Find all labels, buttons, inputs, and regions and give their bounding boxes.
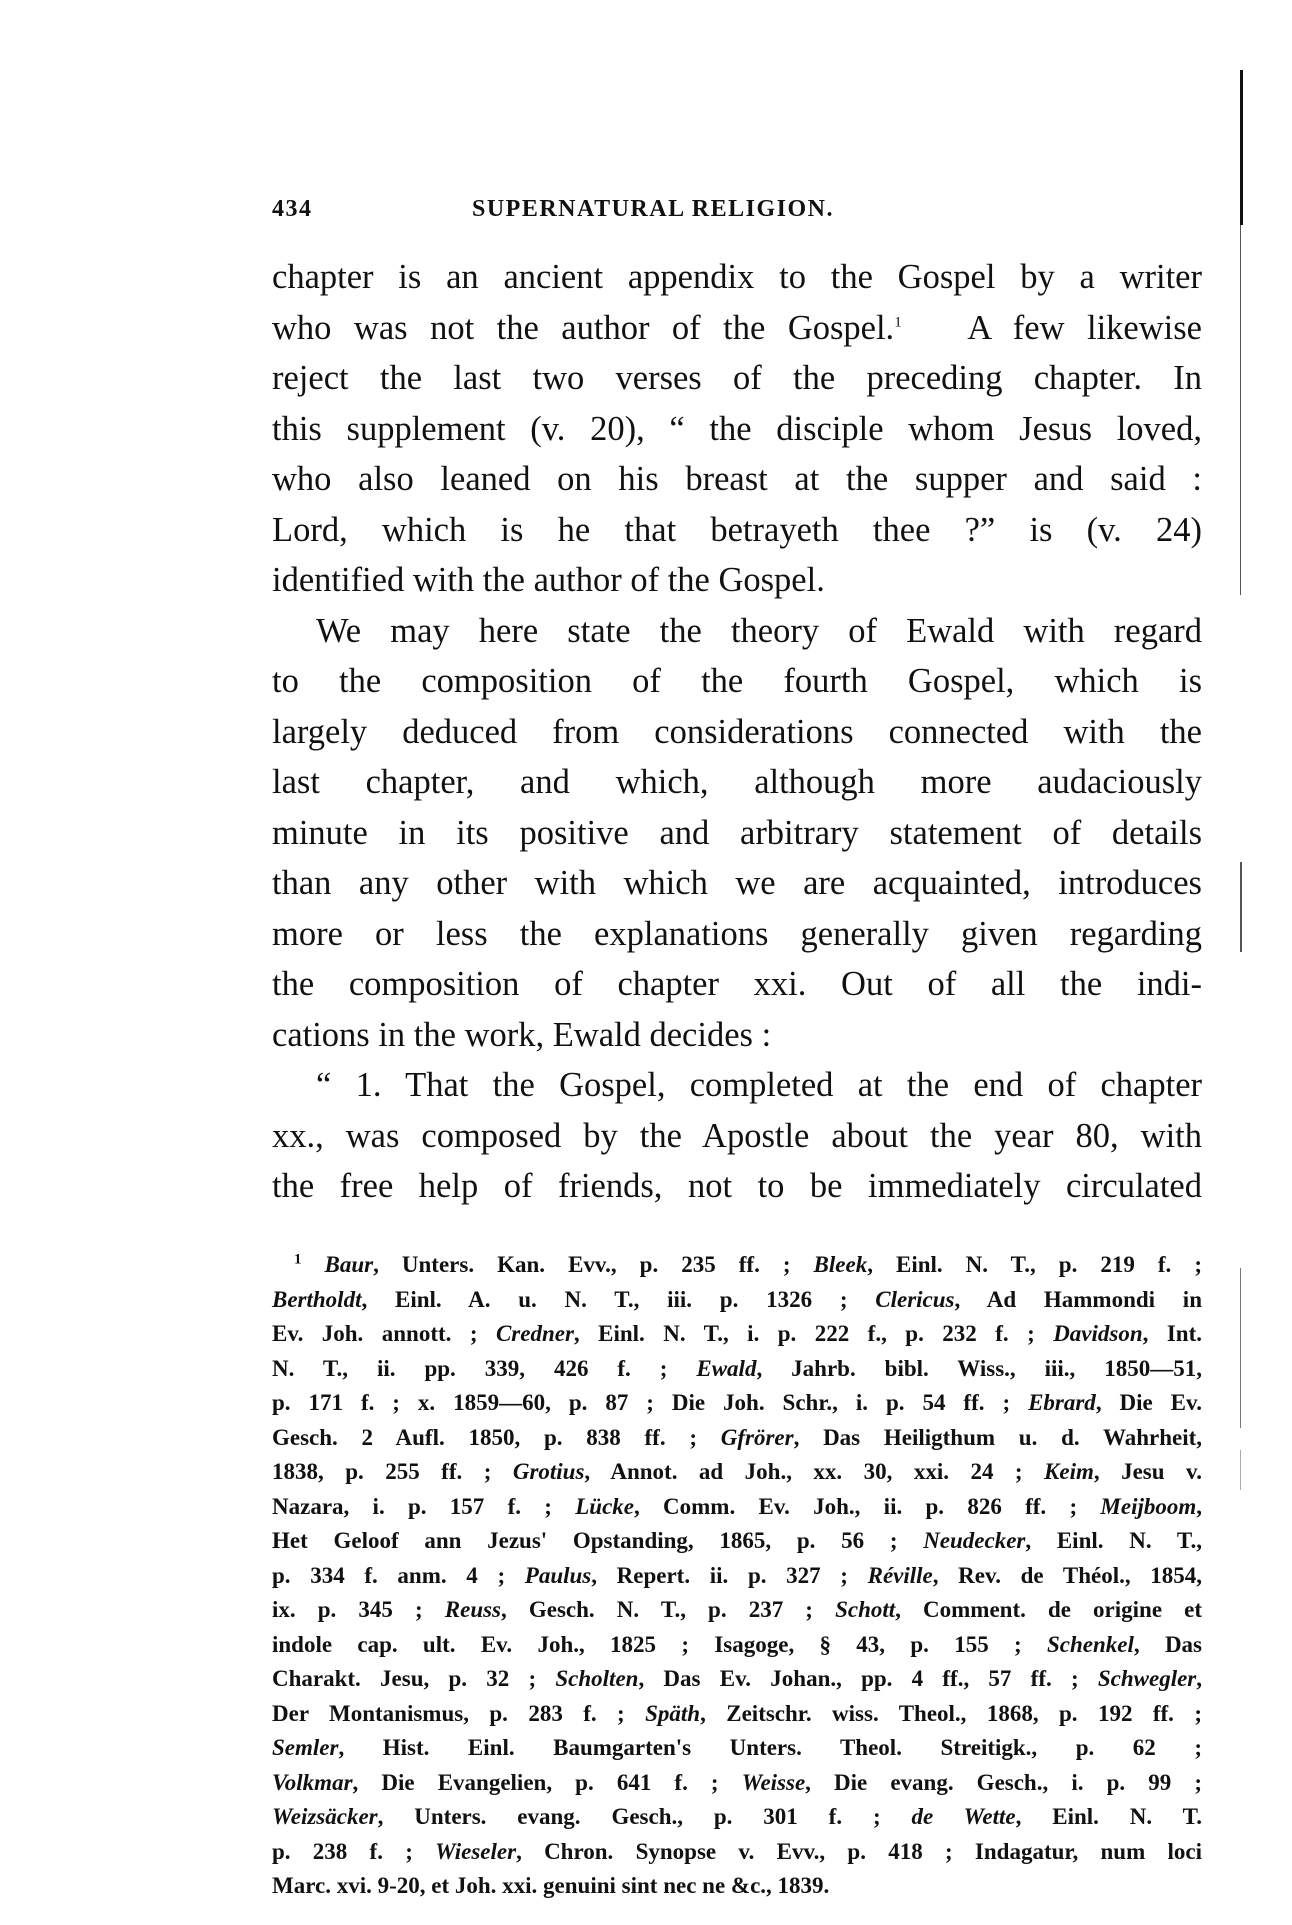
footnote-line: Bertholdt, Einl. A. u. N. T., iii. p. 13… [272,1283,1202,1318]
text-line: xx., was composed by the Apostle about t… [272,1111,1202,1162]
footnote-line: Gesch. 2 Aufl. 1850, p. 838 ff. ; Gfröre… [272,1421,1202,1456]
citation-text: , Die Ev. [1096,1390,1202,1415]
cited-author: Clericus [875,1287,954,1312]
cited-author: Wieseler [435,1839,516,1864]
cited-author: Bertholdt [272,1287,361,1312]
text-line: more or less the explanations generally … [272,909,1202,960]
citation-text: Der Montanismus, p. 283 f. ; [272,1701,645,1726]
citation-text: , Jahrb. bibl. Wiss., iii., 1850—51, [756,1356,1202,1381]
cited-author: Scholten [555,1666,638,1691]
footnote-line: 1838, p. 255 ff. ; Grotius, Annot. ad Jo… [272,1455,1202,1490]
footnote-line: Het Geloof ann Jezus' Opstanding, 1865, … [272,1524,1202,1559]
cited-author: Neudecker [923,1528,1025,1553]
footnote-line: Ev. Joh. annott. ; Credner, Einl. N. T.,… [272,1317,1202,1352]
citation-text: , Comm. Ev. Joh., ii. p. 826 ff. ; [634,1494,1100,1519]
citation-text: , Die Evangelien, p. 641 f. ; [353,1770,742,1795]
footnote-line: ix. p. 345 ; Reuss, Gesch. N. T., p. 237… [272,1593,1202,1628]
text-line: this supplement (v. 20), “ the disciple … [272,404,1202,455]
citation-text: , Das Heiligthum u. d. Wahrheit, [794,1425,1202,1450]
citation-text: Marc. xvi. 9-20, et Joh. xxi. genuini si… [272,1873,829,1898]
cited-author: Schenkel [1047,1632,1134,1657]
footnote-line: indole cap. ult. Ev. Joh., 1825 ; Isagog… [272,1628,1202,1663]
citation-text: 1838, p. 255 ff. ; [272,1459,513,1484]
cited-author: Gfrörer [721,1425,794,1450]
cited-author: Weizsäcker [272,1804,378,1829]
cited-author: Semler [272,1735,338,1760]
text-fragment: who was not the author of the Gospel. [272,309,894,347]
citation-text: , Repert. ii. p. 327 ; [591,1563,867,1588]
text-line: minute in its positive and arbitrary sta… [272,808,1202,859]
citation-text: , [1196,1494,1202,1519]
citation-text: p. 171 f. ; x. 1859—60, p. 87 ; Die Joh.… [272,1390,1028,1415]
scan-edge-line [1240,70,1243,225]
citation-text: , Das Ev. Johan., pp. 4 ff., 57 ff. ; [638,1666,1097,1691]
text-fragment: A few likewise [967,309,1202,347]
citation-text: , Rev. de Théol., 1854, [933,1563,1202,1588]
footnote-line: Volkmar, Die Evangelien, p. 641 f. ; Wei… [272,1766,1202,1801]
cited-author: de Wette [912,1804,1016,1829]
cited-author: Lücke [575,1494,634,1519]
scan-edge-line [1240,1268,1241,1428]
citation-text: , Comment. de origine et [895,1597,1202,1622]
citation-text: N. T., ii. pp. 339, 426 f. ; [272,1356,696,1381]
cited-author: Schwegler [1098,1666,1196,1691]
text-line: Lord, which is he that betrayeth thee ?”… [272,505,1202,556]
footnote-line: p. 171 f. ; x. 1859—60, p. 87 ; Die Joh.… [272,1386,1202,1421]
text-line: largely deduced from considerations conn… [272,707,1202,758]
citation-text: , Zeitschr. wiss. Theol., 1868, p. 192 f… [700,1701,1202,1726]
text-line: reject the last two verses of the preced… [272,353,1202,404]
text-line: the composition of chapter xxi. Out of a… [272,959,1202,1010]
cited-author: Réville [868,1563,933,1588]
cited-author: Schott [835,1597,895,1622]
footnote-line: Weizsäcker, Unters. evang. Gesch., p. 30… [272,1800,1202,1835]
cited-author: Ewald [696,1356,756,1381]
citation-text: , Annot. ad Joh., xx. 30, xxi. 24 ; [584,1459,1044,1484]
text-line: “ 1. That the Gospel, completed at the e… [272,1060,1202,1111]
text-line: last chapter, and which, although more a… [272,757,1202,808]
cited-author: Paulus [525,1563,591,1588]
citation-text: , Einl. A. u. N. T., iii. p. 1326 ; [361,1287,875,1312]
citation-text: , Unters. Kan. Evv., p. 235 ff. ; [373,1252,813,1277]
footnote-line: Nazara, i. p. 157 f. ; Lücke, Comm. Ev. … [272,1490,1202,1525]
page-number: 434 [272,196,313,223]
citation-text: , Die evang. Gesch., i. p. 99 ; [805,1770,1202,1795]
cited-author: Volkmar [272,1770,353,1795]
cited-author: Bleek [814,1252,868,1277]
footnote-line: p. 334 f. anm. 4 ; Paulus, Repert. ii. p… [272,1559,1202,1594]
running-title: SUPERNATURAL RELIGION. [472,196,834,223]
text-line: the free help of friends, not to be imme… [272,1161,1202,1212]
citation-text: Gesch. 2 Aufl. 1850, p. 838 ff. ; [272,1425,721,1450]
citation-text: ix. p. 345 ; [272,1597,445,1622]
cited-author: Keim [1044,1459,1094,1484]
text-line: We may here state the theory of Ewald wi… [272,606,1202,657]
citation-text: , Das [1134,1632,1202,1657]
citation-text: Ev. Joh. annott. ; [272,1321,496,1346]
citation-text: , Einl. N. T., p. 219 f. ; [867,1252,1202,1277]
text-line: chapter is an ancient appendix to the Go… [272,252,1202,303]
cited-author: Grotius [513,1459,585,1484]
citation-text: , Gesch. N. T., p. 237 ; [501,1597,835,1622]
book-page: 434 SUPERNATURAL RELIGION. chapter is an… [0,0,1292,1925]
scan-edge-line [1240,1450,1241,1490]
cited-author: Ebrard [1028,1390,1096,1415]
cited-author: Weisse [742,1770,805,1795]
citation-text: indole cap. ult. Ev. Joh., 1825 ; Isagog… [272,1632,1047,1657]
text-line: identified with the author of the Gospel… [272,555,1202,606]
citation-text: Nazara, i. p. 157 f. ; [272,1494,575,1519]
text-line: who also leaned on his breast at the sup… [272,454,1202,505]
cited-author: Späth [645,1701,700,1726]
citation-text: Charakt. Jesu, p. 32 ; [272,1666,555,1691]
citation-text: , Unters. evang. Gesch., p. 301 f. ; [378,1804,912,1829]
citation-text: p. 238 f. ; [272,1839,435,1864]
text-line: than any other with which we are acquain… [272,858,1202,909]
citation-text: , [1196,1666,1202,1691]
cited-author: Baur [325,1252,374,1277]
footnote-marker: 1 [294,1251,302,1267]
footnote-line: p. 238 f. ; Wieseler, Chron. Synopse v. … [272,1835,1202,1870]
text-line: to the composition of the fourth Gospel,… [272,656,1202,707]
footnote-line: Charakt. Jesu, p. 32 ; Scholten, Das Ev.… [272,1662,1202,1697]
running-head: 434 SUPERNATURAL RELIGION. [272,196,1152,232]
citation-text: , Einl. N. T. [1016,1804,1202,1829]
footnote-line: Marc. xvi. 9-20, et Joh. xxi. genuini si… [272,1869,1202,1904]
footnote-line: Semler, Hist. Einl. Baumgarten's Unters.… [272,1731,1202,1766]
cited-author: Davidson [1053,1321,1142,1346]
cited-author: Credner [496,1321,574,1346]
citation-text: , Ad Hammondi in [954,1287,1202,1312]
text-line: cations in the work, Ewald decides : [272,1010,1202,1061]
citation-text: p. 334 f. anm. 4 ; [272,1563,525,1588]
footnote-line: N. T., ii. pp. 339, 426 f. ; Ewald, Jahr… [272,1352,1202,1387]
cited-author: Meijboom [1100,1494,1196,1519]
footnote-line: 1 Baur, Unters. Kan. Evv., p. 235 ff. ; … [272,1248,1202,1283]
citation-text: Het Geloof ann Jezus' Opstanding, 1865, … [272,1528,923,1553]
citation-text: , Einl. N. T., i. p. 222 f., p. 232 f. ; [574,1321,1053,1346]
citation-text: , Hist. Einl. Baumgarten's Unters. Theol… [338,1735,1202,1760]
cited-author: Reuss [445,1597,501,1622]
citation-text: , Jesu v. [1094,1459,1202,1484]
citation-text: , Chron. Synopse v. Evv., p. 418 ; Indag… [516,1839,1202,1864]
scan-edge-line [1240,225,1241,595]
citation-text: , Int. [1143,1321,1202,1346]
footnotes: 1 Baur, Unters. Kan. Evv., p. 235 ff. ; … [272,1248,1202,1904]
scan-edge-line [1240,862,1242,952]
footnote-line: Der Montanismus, p. 283 f. ; Späth, Zeit… [272,1697,1202,1732]
text-line: who was not the author of the Gospel.1 A… [272,303,1202,354]
footnote-ref[interactable]: 1 [894,314,902,330]
body-text: chapter is an ancient appendix to the Go… [272,252,1202,1212]
citation-text: , Einl. N. T., [1025,1528,1202,1553]
